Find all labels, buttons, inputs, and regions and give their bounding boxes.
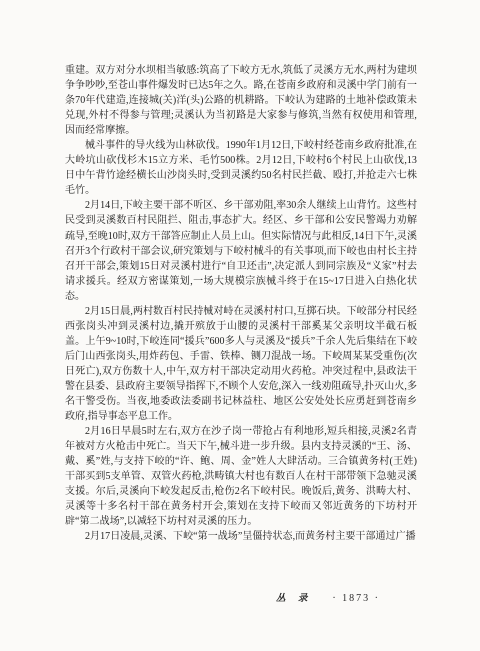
paragraph-1: 重建。双方对分水坝相当敏感:筑高了下峧方无水,筑低了灵溪方无水,两村为建坝争争吵…: [65, 63, 417, 138]
paragraph-2: 械斗事件的导火线为山林砍伐。1990年1月12日,下峧村经苍南乡政府批准,在大岭…: [65, 138, 417, 198]
page-number: · 1873 ·: [332, 593, 380, 604]
text-column: 重建。双方对分水坝相当敏感:筑高了下峧方无水,筑低了灵溪方无水,两村为建坝争争吵…: [65, 63, 417, 545]
paragraph-6: 2月17日凌晨,灵溪、下峧“第一战场”呈僵持状态,而黄务村主要干部通过广播: [65, 529, 417, 544]
paragraph-4: 2月15日晨,两村数百村民持械对峙在灵溪村村口,互掷石块。下峧部分村民经西张岗头…: [65, 304, 417, 424]
document-page: 重建。双方对分水坝相当敏感:筑高了下峧方无水,筑低了灵溪方无水,两村为建坝争争吵…: [0, 0, 480, 651]
paragraph-5: 2月16日早晨5时左右,双方在沙子岗一带抢占有利地形,短兵相接,灵溪2名青年被对…: [65, 424, 417, 529]
running-title: 丛 录: [276, 590, 312, 604]
page-footer: 丛 录 · 1873 ·: [276, 590, 380, 604]
paragraph-3: 2月14日,下峧主要干部不听区、乡干部劝阻,率30余人继续上山背竹。这些村民受到…: [65, 198, 417, 303]
